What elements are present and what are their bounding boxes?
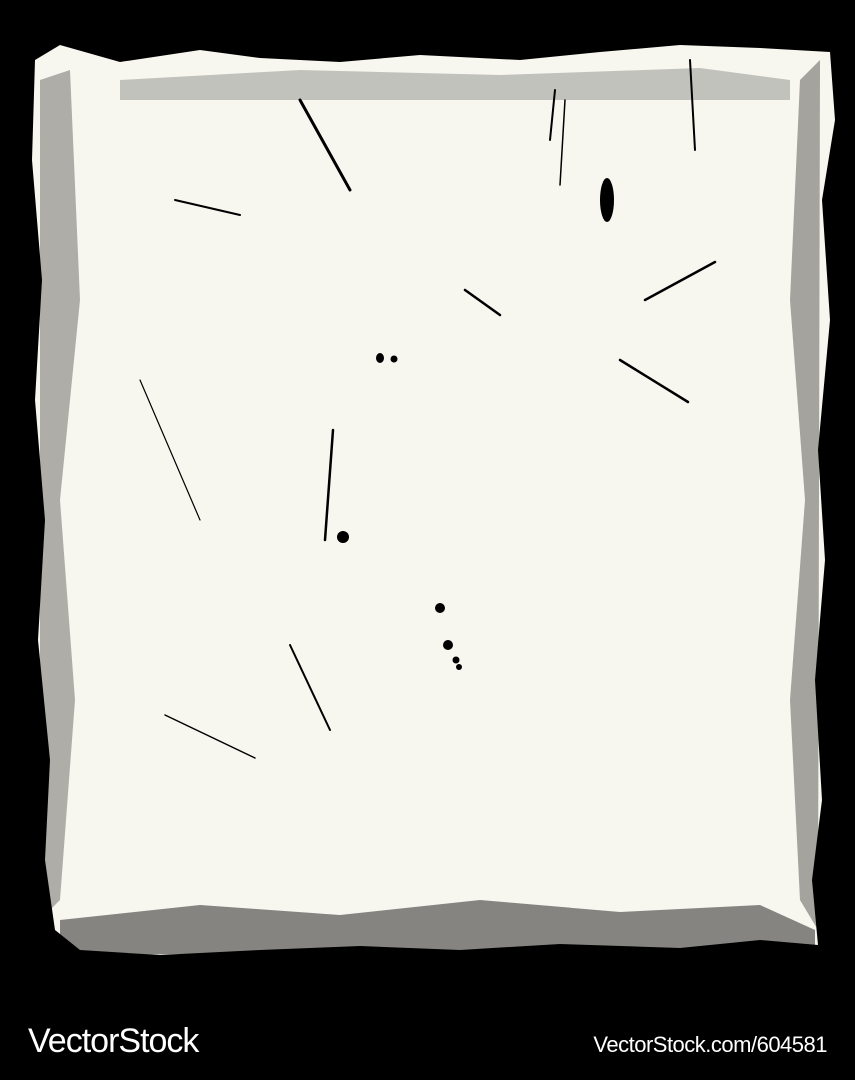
watermark-url: VectorStock.com/604581	[593, 1032, 827, 1058]
grunge-frame-artwork	[0, 0, 855, 1000]
watermark-brand: VectorStock	[28, 1022, 198, 1061]
